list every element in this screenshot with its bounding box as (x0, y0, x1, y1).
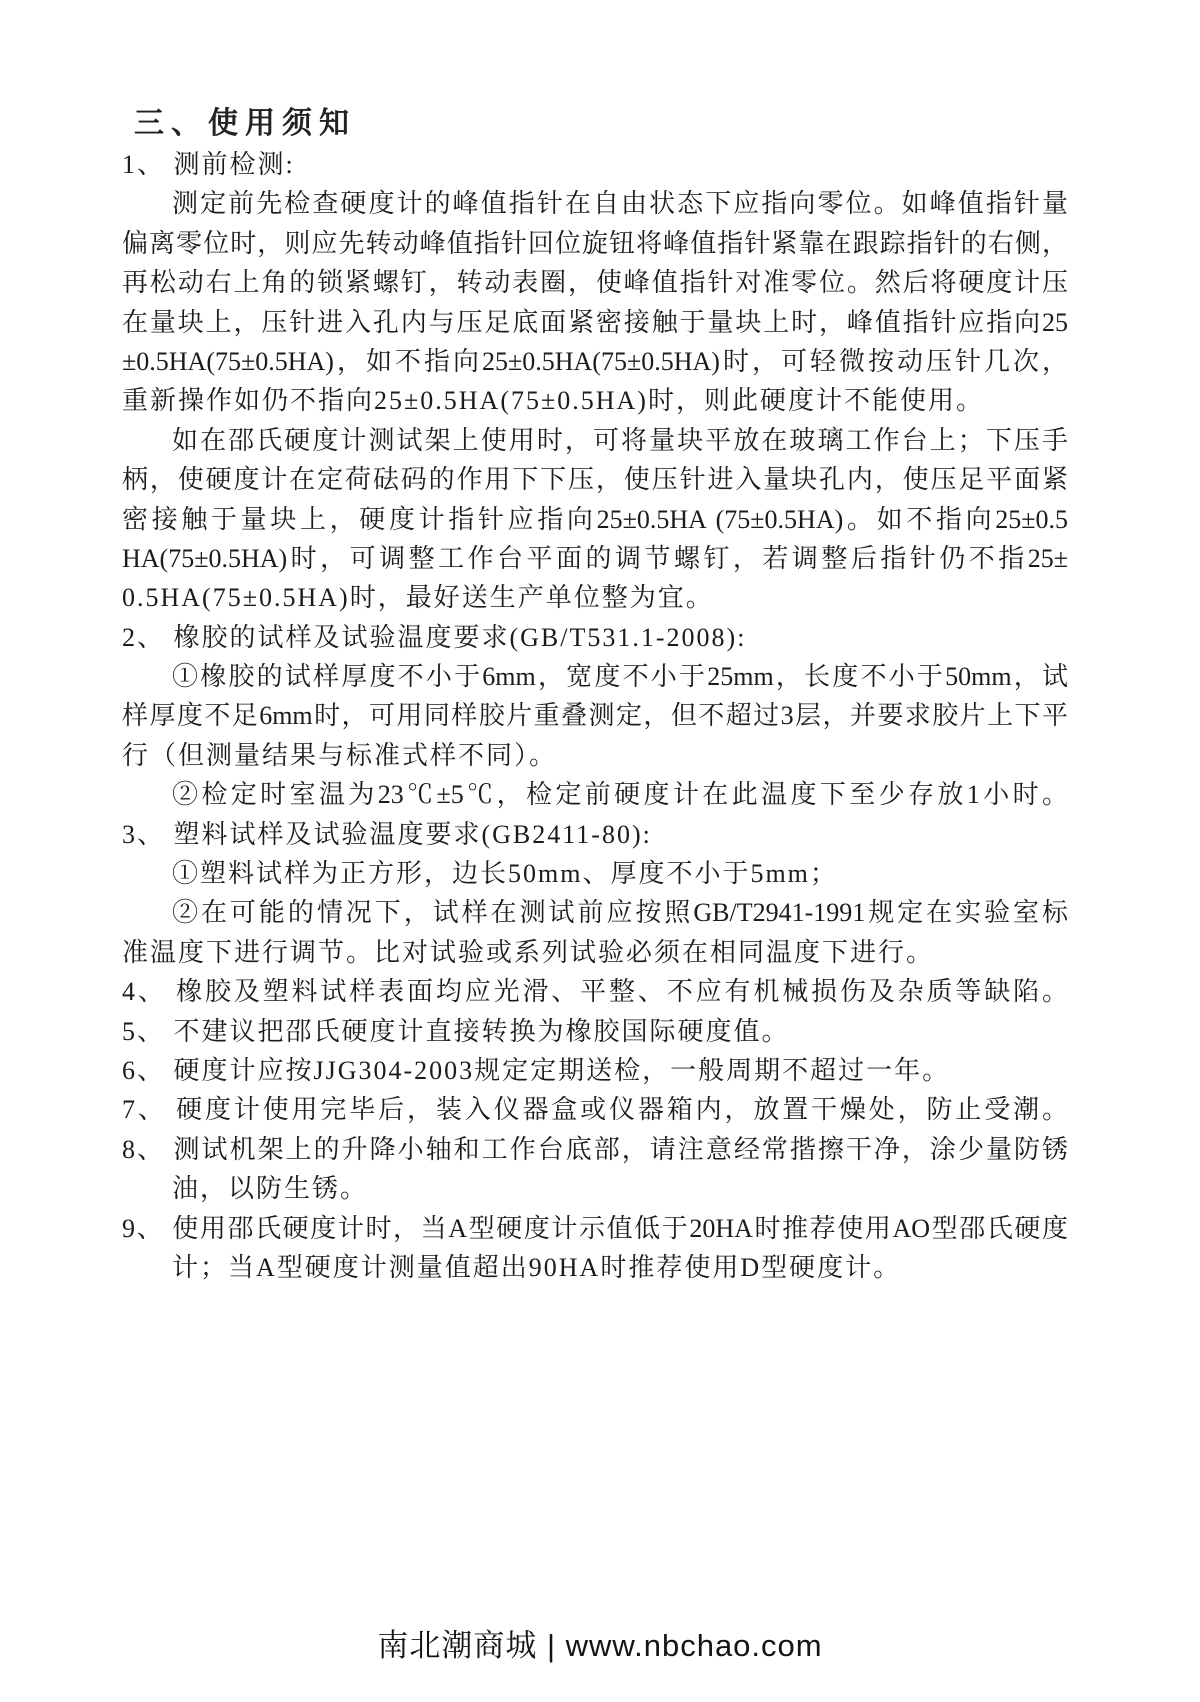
text-line: 2、 橡胶的试样及试验温度要求(GB/T531.1-2008): (122, 618, 1068, 657)
text-line: 样厚度不足6mm时，可用同样胶片重叠测定，但不超过3层，并要求胶片上下平 (122, 696, 1068, 735)
text-line: 3、 塑料试样及试验温度要求(GB2411-80): (122, 815, 1068, 854)
text-line: 计；当A型硬度计测量值超出90HA时推荐使用D型硬度计。 (122, 1248, 1068, 1287)
text-line: 7、 硬度计使用完毕后，装入仪器盒或仪器箱内，放置干燥处，防止受潮。 (122, 1090, 1068, 1129)
text-line: 9、 使用邵氏硬度计时，当A型硬度计示值低于20HA时推荐使用AO型邵氏硬度 (122, 1209, 1068, 1248)
text-line: 偏离零位时，则应先转动峰值指针回位旋钮将峰值指针紧靠在跟踪指针的右侧， (122, 224, 1068, 263)
text-line: 4、 橡胶及塑料试样表面均应光滑、平整、不应有机械损伤及杂质等缺陷。 (122, 972, 1068, 1011)
page-title: 三、使用须知 (134, 98, 356, 142)
text-line: 0.5HA(75±0.5HA)时，最好送生产单位整为宜。 (122, 578, 1068, 617)
text-line: ①塑料试样为正方形，边长50mm、厚度不小于5mm； (122, 854, 1068, 893)
text-line: 5、 不建议把邵氏硬度计直接转换为橡胶国际硬度值。 (122, 1012, 1068, 1051)
text-line: 行（但测量结果与标准式样不同）。 (122, 736, 1068, 775)
text-line: 密接触于量块上，硬度计指针应指向25±0.5HA (75±0.5HA)。如不指向… (122, 500, 1068, 539)
text-line: 测定前先检查硬度计的峰值指针在自由状态下应指向零位。如峰值指针量 (122, 184, 1068, 223)
text-line: 再松动右上角的锁紧螺钉，转动表圈，使峰值指针对准零位。然后将硬度计压 (122, 263, 1068, 302)
text-line: 8、 测试机架上的升降小轴和工作台底部，请注意经常揩擦干净，涂少量防锈 (122, 1130, 1068, 1169)
document-page: 三、使用须知 1、 测前检测:测定前先检查硬度计的峰值指针在自由状态下应指向零位… (0, 0, 1200, 1702)
text-line: 6、 硬度计应按JJG304-2003规定定期送检，一般周期不超过一年。 (122, 1051, 1068, 1090)
text-line: 柄，使硬度计在定荷砝码的作用下下压，使压针进入量块孔内，使压足平面紧 (122, 460, 1068, 499)
text-line: HA(75±0.5HA)时，可调整工作台平面的调节螺钉，若调整后指针仍不指25± (122, 539, 1068, 578)
footer-site-label: 南北潮商城 | www.nbchao.com (0, 1620, 1200, 1665)
text-line: 重新操作如仍不指向25±0.5HA(75±0.5HA)时，则此硬度计不能使用。 (122, 381, 1068, 420)
text-line: 如在邵氏硬度计测试架上使用时，可将量块平放在玻璃工作台上；下压手 (122, 421, 1068, 460)
text-line: 油，以防生锈。 (122, 1169, 1068, 1208)
document-body: 1、 测前检测:测定前先检查硬度计的峰值指针在自由状态下应指向零位。如峰值指针量… (122, 145, 1068, 1287)
text-line: 准温度下进行调节。比对试验或系列试验必须在相同温度下进行。 (122, 933, 1068, 972)
text-line: ②检定时室温为23℃±5℃，检定前硬度计在此温度下至少存放1小时。 (122, 775, 1068, 814)
text-line: 1、 测前检测: (122, 145, 1068, 184)
text-line: ②在可能的情况下，试样在测试前应按照GB/T2941-1991规定在实验室标 (122, 893, 1068, 932)
text-line: ±0.5HA(75±0.5HA)，如不指向25±0.5HA(75±0.5HA)时… (122, 342, 1068, 381)
text-line: 在量块上，压针进入孔内与压足底面紧密接触于量块上时，峰值指针应指向25 (122, 303, 1068, 342)
text-line: ①橡胶的试样厚度不小于6mm，宽度不小于25mm，长度不小于50mm，试 (122, 657, 1068, 696)
